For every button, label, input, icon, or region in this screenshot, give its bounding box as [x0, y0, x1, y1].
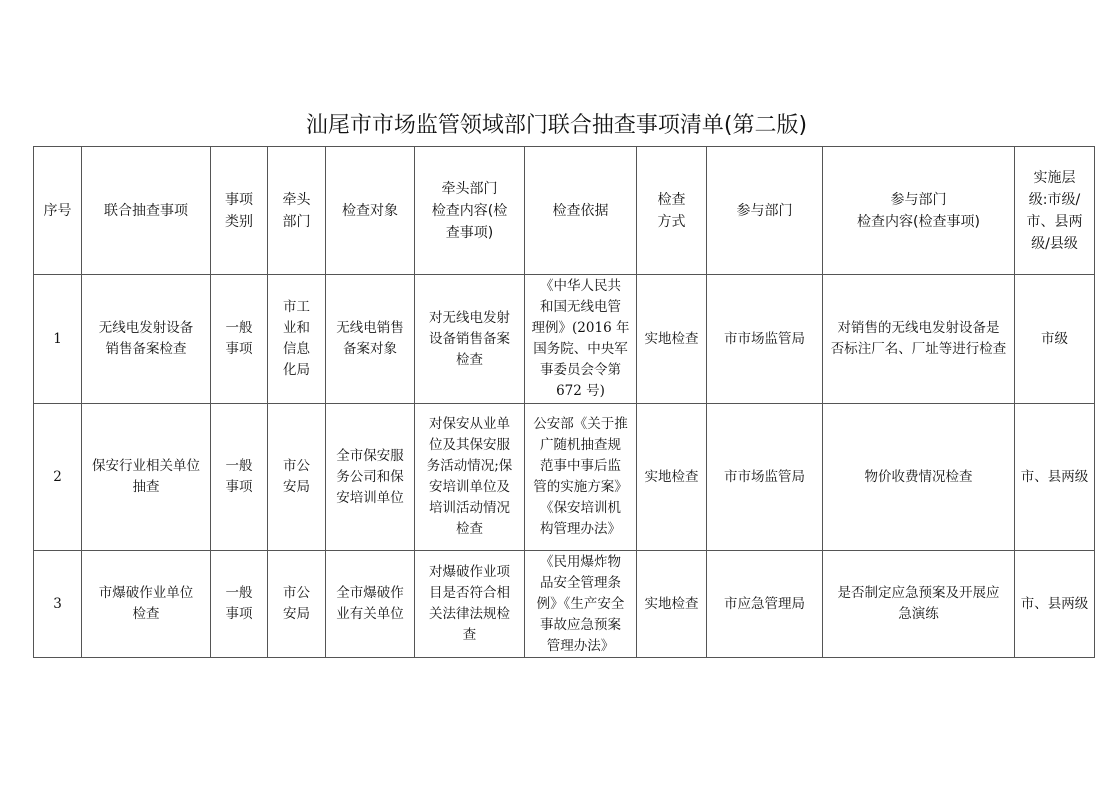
cell-category: 一般 事项 [211, 404, 268, 551]
cell-lead-dept: 市公 安局 [268, 404, 326, 551]
cell-basis: 《中华人民共 和国无线电管 理例》(2016 年 国务院、中央军 事委员会令第 … [525, 275, 637, 404]
document-title: 汕尾市市场监管领域部门联合抽查事项清单(第二版) [0, 108, 1113, 139]
column-header-category: 事项 类别 [211, 147, 268, 275]
column-header-no: 序号 [34, 147, 82, 275]
cell-method: 实地检查 [637, 551, 707, 658]
table-row: 3 市爆破作业单位 检查 一般 事项 市公 安局 全市爆破作 业有关单位 对爆破… [34, 551, 1095, 658]
inspection-items-table: 序号 联合抽查事项 事项 类别 牵头 部门 检查对象 牵头部门 检查内容(检 查… [33, 146, 1095, 658]
cell-partner-dept: 市应急管理局 [707, 551, 823, 658]
column-header-partner-content: 参与部门 检查内容(检查事项) [823, 147, 1015, 275]
cell-target: 无线电销售 备案对象 [326, 275, 415, 404]
cell-partner-dept: 市市场监管局 [707, 275, 823, 404]
cell-no: 2 [34, 404, 82, 551]
cell-level: 市、县两级 [1015, 551, 1095, 658]
cell-basis: 公安部《关于推 广随机抽查规 范事中事后监 管的实施方案》 《保安培训机 构管理… [525, 404, 637, 551]
cell-lead-content: 对保安从业单 位及其保安服 务活动情况;保 安培训单位及 培训活动情况 检查 [415, 404, 525, 551]
cell-item: 无线电发射设备 销售备案检查 [82, 275, 211, 404]
cell-level: 市级 [1015, 275, 1095, 404]
cell-partner-content: 对销售的无线电发射设备是 否标注厂名、厂址等进行检查 [823, 275, 1015, 404]
column-header-lead-dept: 牵头 部门 [268, 147, 326, 275]
column-header-target: 检查对象 [326, 147, 415, 275]
cell-item: 保安行业相关单位 抽查 [82, 404, 211, 551]
cell-category: 一般 事项 [211, 275, 268, 404]
cell-no: 1 [34, 275, 82, 404]
cell-no: 3 [34, 551, 82, 658]
cell-lead-content: 对无线电发射 设备销售备案 检查 [415, 275, 525, 404]
column-header-item: 联合抽查事项 [82, 147, 211, 275]
column-header-partner-dept: 参与部门 [707, 147, 823, 275]
table-row: 1 无线电发射设备 销售备案检查 一般 事项 市工 业和 信息 化局 无线电销售… [34, 275, 1095, 404]
table-row: 2 保安行业相关单位 抽查 一般 事项 市公 安局 全市保安服 务公司和保 安培… [34, 404, 1095, 551]
cell-partner-content: 物价收费情况检查 [823, 404, 1015, 551]
cell-item: 市爆破作业单位 检查 [82, 551, 211, 658]
column-header-lead-content: 牵头部门 检查内容(检 查事项) [415, 147, 525, 275]
cell-lead-dept: 市工 业和 信息 化局 [268, 275, 326, 404]
column-header-level: 实施层 级:市级/ 市、县两 级/县级 [1015, 147, 1095, 275]
cell-lead-content: 对爆破作业项 目是否符合相 关法律法规检 查 [415, 551, 525, 658]
cell-target: 全市保安服 务公司和保 安培训单位 [326, 404, 415, 551]
cell-partner-content: 是否制定应急预案及开展应 急演练 [823, 551, 1015, 658]
cell-category: 一般 事项 [211, 551, 268, 658]
cell-level: 市、县两级 [1015, 404, 1095, 551]
cell-method: 实地检查 [637, 275, 707, 404]
column-header-method: 检查 方式 [637, 147, 707, 275]
cell-partner-dept: 市市场监管局 [707, 404, 823, 551]
cell-target: 全市爆破作 业有关单位 [326, 551, 415, 658]
column-header-basis: 检查依据 [525, 147, 637, 275]
table-header-row: 序号 联合抽查事项 事项 类别 牵头 部门 检查对象 牵头部门 检查内容(检 查… [34, 147, 1095, 275]
cell-lead-dept: 市公 安局 [268, 551, 326, 658]
cell-method: 实地检查 [637, 404, 707, 551]
cell-basis: 《民用爆炸物 品安全管理条 例》《生产安全 事故应急预案 管理办法》 [525, 551, 637, 658]
